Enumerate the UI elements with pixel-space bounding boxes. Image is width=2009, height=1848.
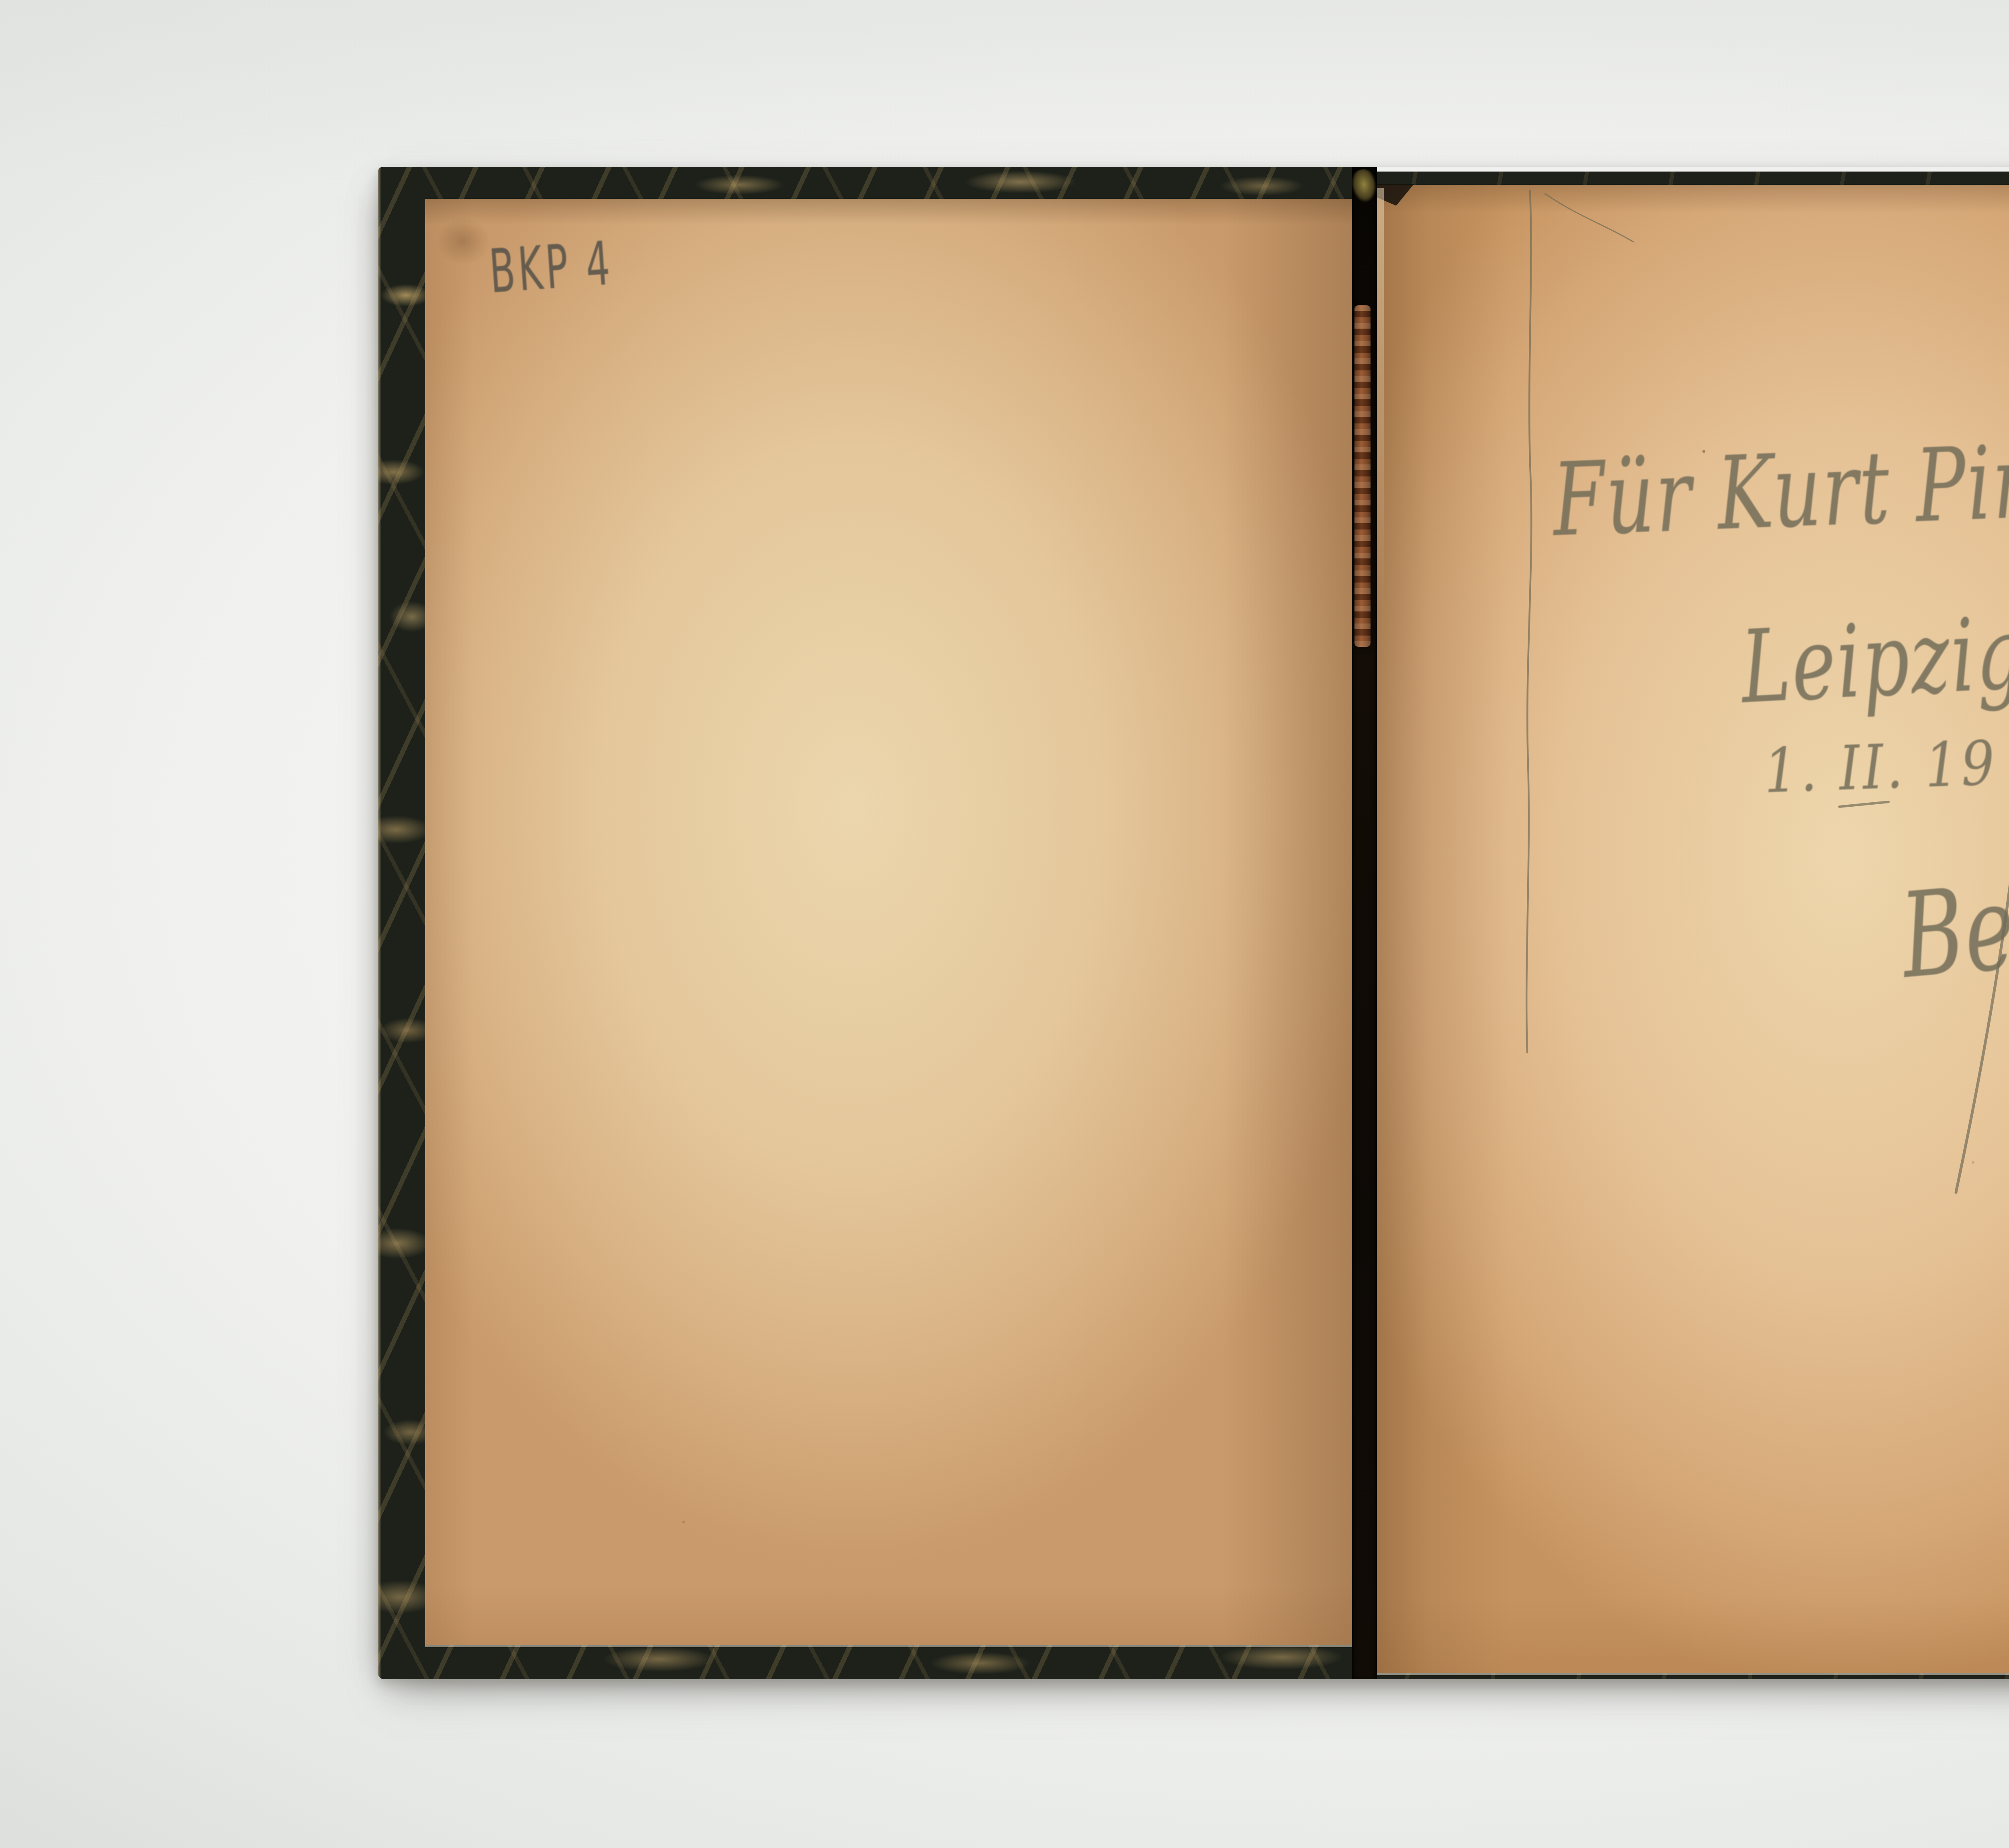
- pencil-inscriptions-layer: BKP 4 Für Kurt Pinthus Leipzig 1. II. 19…: [0, 0, 2009, 1848]
- dedication-line-date: 1. II. 19: [1763, 728, 1999, 807]
- gutter-crack-line: [1526, 191, 1531, 1053]
- photo-open-book-endpapers: BKP 4 Für Kurt Pinthus Leipzig 1. II. 19…: [0, 0, 2009, 1848]
- dedication-line-signature: Becher.: [1894, 841, 2009, 1005]
- dedication-line-place: Leipzig: [1737, 594, 2009, 726]
- shelfmark-inscription: BKP 4: [487, 229, 615, 307]
- dedication-line-recipient: Für Kurt Pinthus: [1549, 416, 2009, 559]
- top-crease-line: [1545, 194, 1633, 242]
